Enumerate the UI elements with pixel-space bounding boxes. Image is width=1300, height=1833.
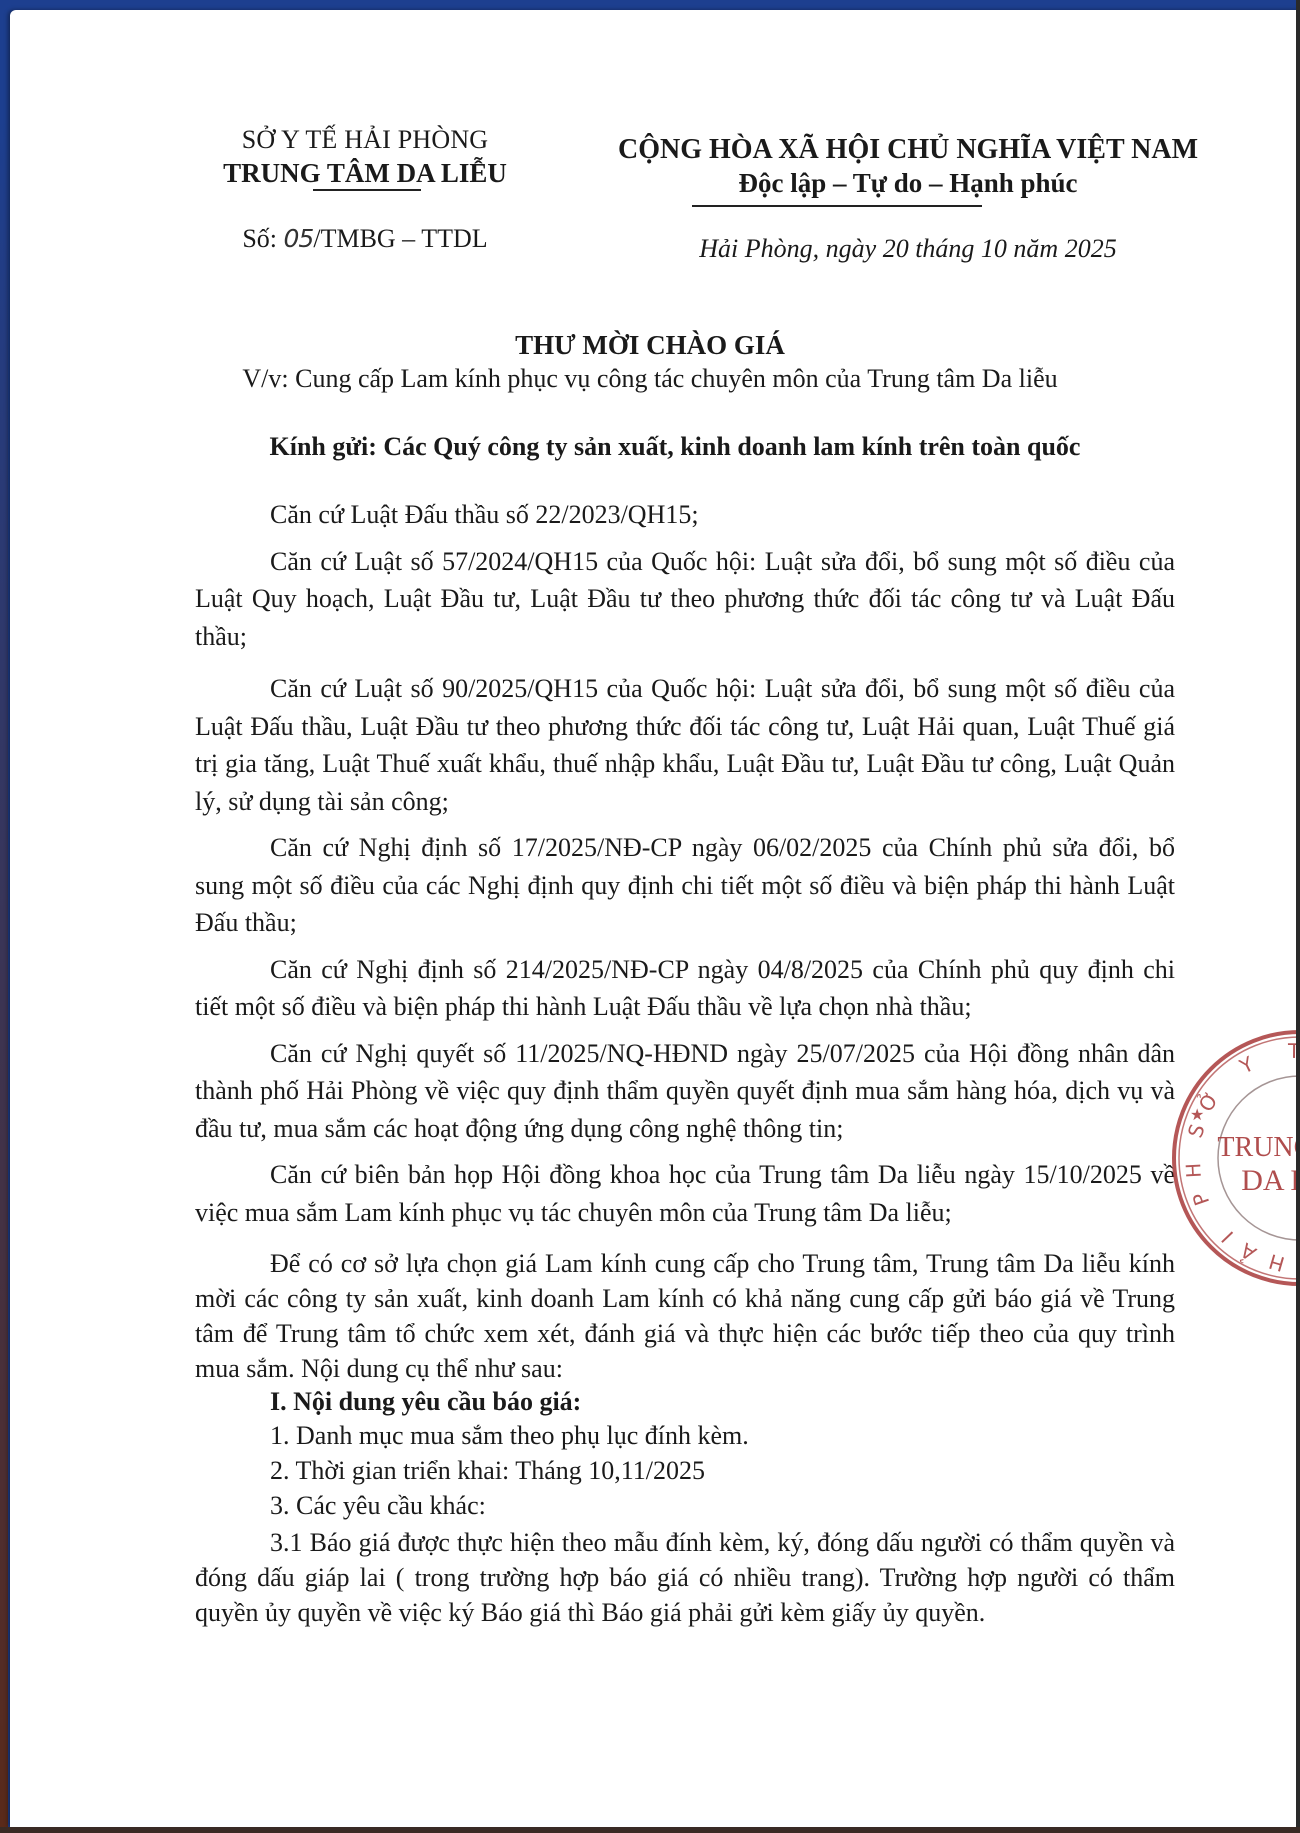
place-date: Hải Phòng, ngày 20 tháng 10 năm 2025 — [578, 234, 1238, 264]
legal-basis-5: Căn cứ Nghị định số 214/2025/NĐ-CP ngày … — [195, 951, 1175, 1026]
organization-underline — [313, 189, 421, 191]
section-1-item-1: 1. Danh mục mua sắm theo phụ lục đính kè… — [195, 1418, 1175, 1453]
document-number: Số: 05/TMBG – TTDL — [180, 224, 550, 254]
doc-number-prefix: Số: — [242, 224, 277, 253]
section-1-item-3: 3. Các yêu cầu khác: — [195, 1488, 1175, 1523]
official-seal-stamp: SỞ Y TẾ THÀNH PHỐ HẢI PHÒNG ★ TRUNG TÂM … — [1170, 1028, 1300, 1288]
legal-basis-1: Căn cứ Luật Đấu thầu số 22/2023/QH15; — [195, 496, 1175, 534]
document-subject: V/v: Cung cấp Lam kính phục vụ công tác … — [0, 364, 1300, 394]
stamp-star-icon: ★ — [1190, 1107, 1204, 1124]
motto-underline — [692, 205, 982, 207]
document-title: THƯ MỜI CHÀO GIÁ — [0, 330, 1300, 361]
background-bottom-edge — [0, 1827, 1300, 1833]
legal-basis-4: Căn cứ Nghị định số 17/2025/NĐ-CP ngày 0… — [195, 829, 1175, 942]
organization-name: TRUNG TÂM DA LIỄU — [180, 158, 550, 189]
section-1-subitem-3-1: 3.1 Báo giá được thực hiện theo mẫu đính… — [195, 1525, 1175, 1630]
legal-basis-7: Căn cứ biên bản họp Hội đồng khoa học củ… — [195, 1156, 1175, 1231]
page-right-edge — [1296, 0, 1300, 1833]
doc-number-suffix: /TMBG – TTDL — [313, 224, 487, 253]
section-1-heading: I. Nội dung yêu cầu báo giá: — [195, 1386, 1175, 1418]
stamp-center-line-2: DA LIỄU — [1241, 1162, 1300, 1197]
parent-agency: SỞ Y TẾ HẢI PHÒNG — [180, 125, 550, 155]
doc-number-handwritten: 05 — [284, 224, 314, 253]
stamp-center-line-1: TRUNG TÂM — [1217, 1132, 1300, 1163]
legal-basis-6: Căn cứ Nghị quyết số 11/2025/NQ-HĐND ngà… — [195, 1035, 1175, 1148]
recipient-line: Kính gửi: Các Quý công ty sản xuất, kinh… — [0, 432, 1300, 462]
section-1-item-2: 2. Thời gian triển khai: Tháng 10,11/202… — [195, 1453, 1175, 1488]
national-title: CỘNG HÒA XÃ HỘI CHỦ NGHĨA VIỆT NAM — [578, 134, 1238, 166]
legal-basis-2: Căn cứ Luật số 57/2024/QH15 của Quốc hội… — [195, 543, 1175, 656]
document-body: Căn cứ Luật Đấu thầu số 22/2023/QH15; Că… — [195, 496, 1175, 1630]
legal-basis-3: Căn cứ Luật số 90/2025/QH15 của Quốc hội… — [195, 670, 1175, 820]
invitation-paragraph: Để có cơ sở lựa chọn giá Lam kính cung c… — [195, 1246, 1175, 1386]
national-motto: Độc lập – Tự do – Hạnh phúc — [578, 168, 1238, 199]
